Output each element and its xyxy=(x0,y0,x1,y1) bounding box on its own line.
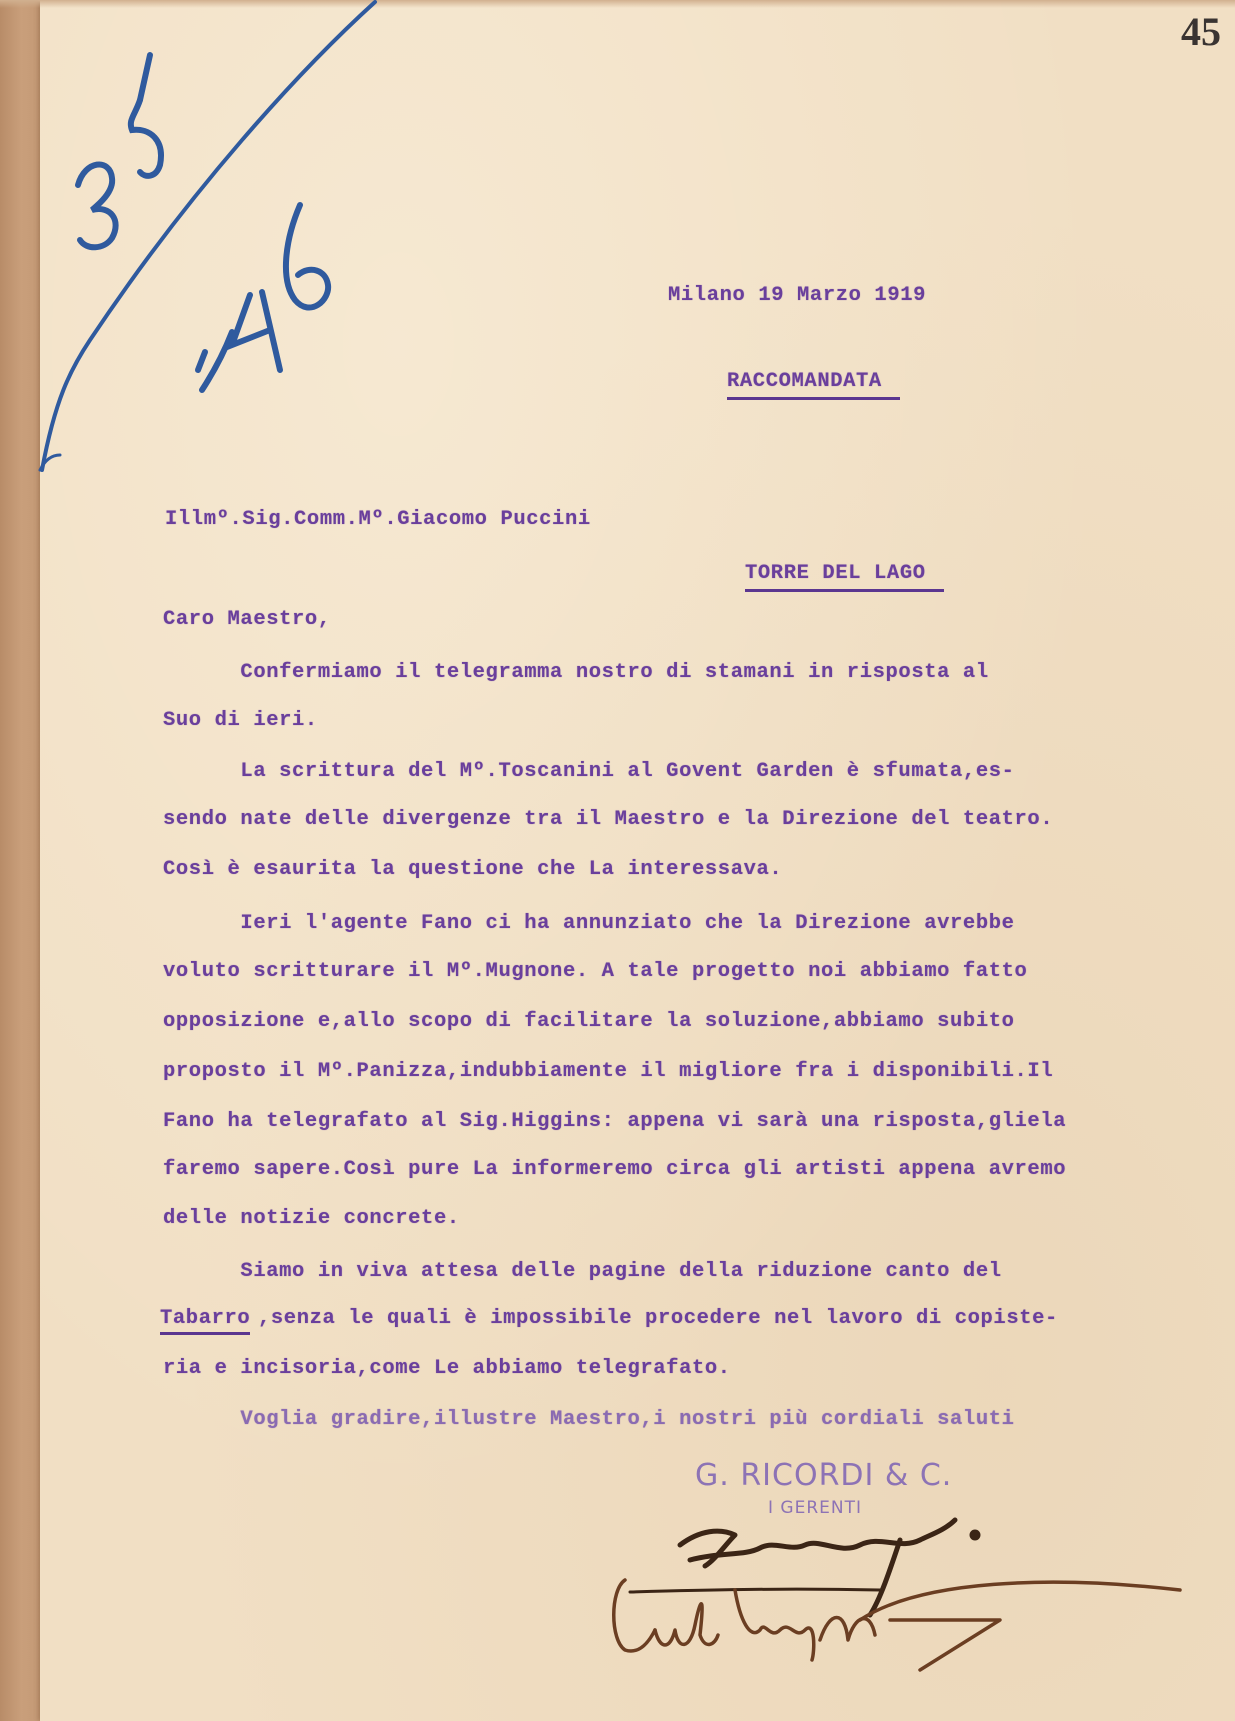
signature-valcarenghi-icon xyxy=(680,1520,978,1615)
signature-strike-line xyxy=(630,1589,880,1592)
signature-overlay xyxy=(0,0,1235,1721)
signature-clausetti-icon xyxy=(614,1580,1180,1670)
